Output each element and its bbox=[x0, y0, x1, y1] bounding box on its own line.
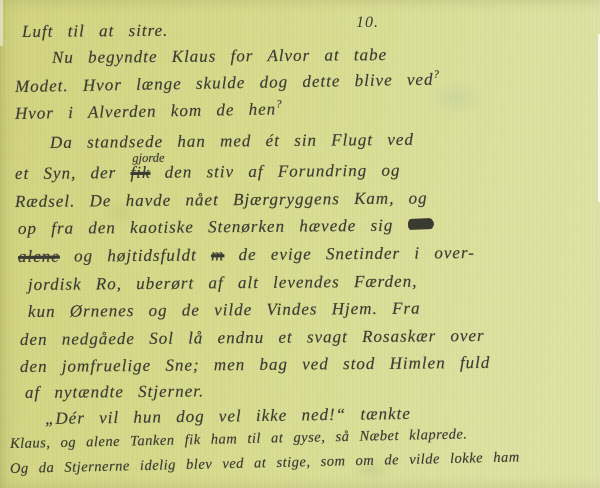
manuscript-line: Nu begyndte Klaus for Alvor at tabe bbox=[52, 45, 387, 68]
manuscript-line: jordisk Ro, uberørt af alt levendes Færd… bbox=[28, 272, 418, 295]
handwritten-text: Modet. Hvor længe skulde dog dette blive… bbox=[15, 70, 434, 96]
handwritten-text: kun Ørnenes og de vilde Vindes Hjem. Fra bbox=[28, 299, 421, 321]
handwritten-text: Luft til at sitre. bbox=[22, 21, 169, 41]
handwritten-text: Rædsel. De havde nået Bjærgryggens Kam, … bbox=[15, 188, 428, 211]
manuscript-line: „Dér vil hun dog vel ikke ned!“ tænkte bbox=[45, 404, 411, 429]
manuscript-line: den jomfruelige Sne; men bag ved stod Hi… bbox=[20, 353, 491, 377]
struck-word: m bbox=[211, 245, 224, 264]
manuscript-line: Luft til at sitre. bbox=[22, 21, 169, 42]
handwritten-text: jordisk Ro, uberørt af alt levendes Færd… bbox=[28, 272, 418, 294]
manuscript-line: af nytændte Stjerner. bbox=[25, 381, 204, 403]
superscript-mark: ? bbox=[276, 98, 282, 110]
handwritten-text: „Dér vil hun dog vel ikke ned!“ tænkte bbox=[45, 404, 411, 428]
page-number: 10. bbox=[356, 14, 379, 32]
handwritten-text: Da standsede han med ét sin Flugt ved bbox=[50, 130, 414, 152]
struck-word: alene bbox=[18, 247, 60, 266]
manuscript-line: Klaus, og alene Tanken fik ham til at gy… bbox=[10, 426, 468, 453]
handwritten-text: den stiv af Forundring og bbox=[150, 161, 400, 182]
manuscript-line: Hvor i Alverden kom de hen? bbox=[15, 98, 282, 124]
handwritten-text: de evige Snetinder i over- bbox=[224, 243, 475, 264]
handwritten-text: Og da Stjernerne idelig blev ved at stig… bbox=[10, 449, 520, 477]
handwritten-text: den nedgåede Sol lå endnu et svagt Rosas… bbox=[20, 326, 485, 349]
manuscript-line: alene og højtidsfuldt m de evige Snetind… bbox=[18, 243, 475, 267]
manuscript-line: Rædsel. De havde nået Bjærgryggens Kam, … bbox=[15, 188, 428, 212]
handwritten-text: Nu begyndte Klaus for Alvor at tabe bbox=[52, 45, 387, 67]
inserted-word: gjorde bbox=[132, 151, 164, 166]
manuscript-line: Modet. Hvor længe skulde dog dette blive… bbox=[15, 69, 439, 97]
handwritten-text: Hvor i Alverden kom de hen bbox=[15, 99, 277, 123]
superscript-mark: ? bbox=[433, 69, 439, 81]
handwritten-text: Klaus, og alene Tanken fik ham til at gy… bbox=[10, 426, 468, 452]
manuscript-line: Da standsede han med ét sin Flugt ved bbox=[50, 130, 414, 153]
manuscript-line: den nedgåede Sol lå endnu et svagt Rosas… bbox=[20, 326, 485, 350]
manuscript-line: Og da Stjernerne idelig blev ved at stig… bbox=[10, 449, 520, 478]
handwritten-text: og højtidsfuldt bbox=[60, 245, 211, 265]
handwritten-text: af nytændte Stjerner. bbox=[25, 381, 204, 402]
manuscript-line: kun Ørnenes og de vilde Vindes Hjem. Fra bbox=[28, 299, 421, 322]
handwritten-text: den jomfruelige Sne; men bag ved stod Hi… bbox=[20, 353, 491, 376]
handwritten-text: et Syn, der bbox=[15, 163, 131, 183]
handwritten-text: op fra den kaotiske Stenørken hævede sig bbox=[18, 216, 408, 238]
manuscript-line: et Syn, der gjordefik den stiv af Forund… bbox=[15, 161, 401, 184]
correction-group: gjordefik bbox=[130, 163, 150, 183]
manuscript-line: op fra den kaotiske Stenørken hævede sig… bbox=[18, 215, 433, 239]
scribbled-out-word: sne bbox=[407, 219, 433, 229]
scan-edge-artifact-left bbox=[0, 0, 3, 46]
manuscript-page: 10. Luft til at sitre.Nu begyndte Klaus … bbox=[0, 0, 600, 488]
